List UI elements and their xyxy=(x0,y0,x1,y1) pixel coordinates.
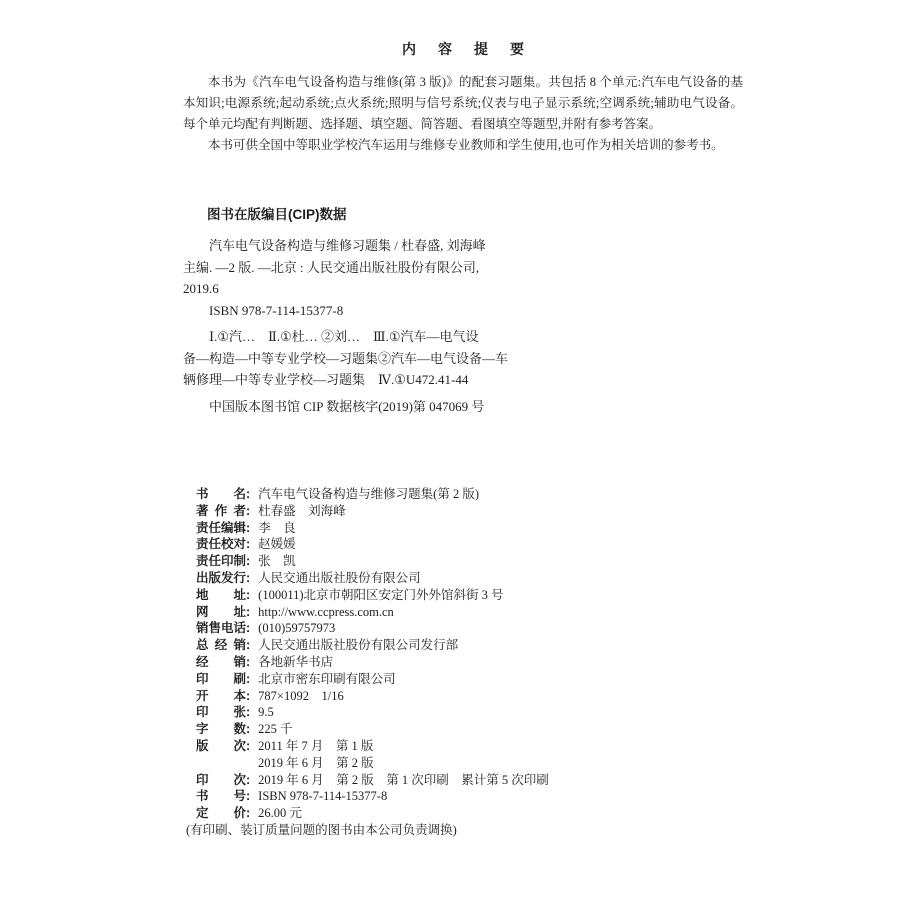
colophon-section: 书名:汽车电气设备构造与维修习题集(第 2 版) 著作者:杜春盛 刘海峰 责任编… xyxy=(183,486,743,839)
colophon-separator: : xyxy=(246,571,250,585)
colophon-value: 225 千 xyxy=(258,722,292,736)
colophon-label: 地址 xyxy=(196,587,246,604)
colophon-quality-note: (有印刷、装订质量问题的图书由本公司负责调换) xyxy=(186,822,743,839)
colophon-value: http://www.ccpress.com.cn xyxy=(258,605,394,619)
colophon-value: 2019 年 6 月 第 2 版 第 1 次印刷 累计第 5 次印刷 xyxy=(258,773,549,787)
colophon-row: 印次:2019 年 6 月 第 2 版 第 1 次印刷 累计第 5 次印刷 xyxy=(196,772,743,789)
colophon-separator: : xyxy=(246,605,250,619)
colophon-row: 定价:26.00 元 xyxy=(196,805,743,822)
colophon-row: 责任编辑:李 良 xyxy=(196,520,743,537)
colophon-separator: : xyxy=(246,521,250,535)
colophon-value: 李 良 xyxy=(258,521,296,535)
cip-section: 图书在版编目(CIP)数据 汽车电气设备构造与维修习题集 / 杜春盛, 刘海峰 … xyxy=(183,205,743,417)
colophon-row: 责任印制:张 凯 xyxy=(196,553,743,570)
colophon-row: 地址:(100011)北京市朝阳区安定门外外馆斜街 3 号 xyxy=(196,587,743,604)
colophon-row: 经销:各地新华书店 xyxy=(196,654,743,671)
colophon-value: (010)59757973 xyxy=(258,621,335,635)
colophon-value: 北京市密东印刷有限公司 xyxy=(258,672,396,686)
colophon-separator: : xyxy=(246,739,250,753)
colophon-separator: : xyxy=(246,638,250,652)
cip-isbn: ISBN 978-7-114-15377-8 xyxy=(183,300,743,322)
colophon-row: 书名:汽车电气设备构造与维修习题集(第 2 版) xyxy=(196,486,743,503)
colophon-label: 版次 xyxy=(196,738,246,755)
cip-record-line: 2019.6 xyxy=(183,278,743,300)
colophon-label: 网址 xyxy=(196,604,246,621)
colophon-value: 2019 年 6 月 第 2 版 xyxy=(258,756,374,770)
colophon-label: 印次 xyxy=(196,772,246,789)
cip-classification-line: 备—构造—中等专业学校—习题集②汽车—电气设备—车 xyxy=(183,348,743,370)
colophon-label: 定价 xyxy=(196,805,246,822)
colophon-separator: : xyxy=(246,655,250,669)
colophon-row: 书号:ISBN 978-7-114-15377-8 xyxy=(196,788,743,805)
colophon-separator: : xyxy=(246,773,250,787)
colophon-label: 开本 xyxy=(196,688,246,705)
colophon-label: 出版发行 xyxy=(196,570,246,587)
summary-title: 内 容 提 要 xyxy=(183,40,743,58)
page-content: 内 容 提 要 本书为《汽车电气设备构造与维修(第 3 版)》的配套习题集。共包… xyxy=(183,0,743,839)
colophon-value: ISBN 978-7-114-15377-8 xyxy=(258,789,387,803)
colophon-value: 杜春盛 刘海峰 xyxy=(258,504,346,518)
colophon-label: 书名 xyxy=(196,486,246,503)
colophon-row: 销售电话:(010)59757973 xyxy=(196,620,743,637)
colophon-label: 著作者 xyxy=(196,503,246,520)
colophon-value: 汽车电气设备构造与维修习题集(第 2 版) xyxy=(258,487,479,501)
colophon-value: 赵媛媛 xyxy=(258,537,296,551)
colophon-row: 字数:225 千 xyxy=(196,721,743,738)
summary-paragraph: 本书为《汽车电气设备构造与维修(第 3 版)》的配套习题集。共包括 8 个单元:… xyxy=(183,72,743,135)
colophon-separator: : xyxy=(246,672,250,686)
colophon-row: 总经销:人民交通出版社股份有限公司发行部 xyxy=(196,637,743,654)
colophon-row: 版次:2011 年 7 月 第 1 版 xyxy=(196,738,743,755)
colophon-label: 销售电话 xyxy=(196,620,246,637)
colophon-value: 26.00 元 xyxy=(258,806,302,820)
colophon-label: 责任编辑 xyxy=(196,520,246,537)
colophon-value: 张 凯 xyxy=(258,554,296,568)
colophon-row: 责任校对:赵媛媛 xyxy=(196,536,743,553)
colophon-separator: : xyxy=(246,705,250,719)
colophon-separator: : xyxy=(246,487,250,501)
colophon-separator: : xyxy=(246,588,250,602)
cip-registry-number: 中国版本图书馆 CIP 数据核字(2019)第 047069 号 xyxy=(183,396,743,418)
colophon-row: 出版发行:人民交通出版社股份有限公司 xyxy=(196,570,743,587)
colophon-separator: : xyxy=(246,806,250,820)
colophon-value: 人民交通出版社股份有限公司 xyxy=(258,571,421,585)
colophon-row: 印刷:北京市密东印刷有限公司 xyxy=(196,671,743,688)
colophon-value: 各地新华书店 xyxy=(258,655,333,669)
colophon-separator: : xyxy=(246,537,250,551)
colophon-label: 书号 xyxy=(196,788,246,805)
colophon-label: 总经销 xyxy=(196,637,246,654)
colophon-separator: : xyxy=(246,504,250,518)
colophon-separator: : xyxy=(246,789,250,803)
colophon-row-continuation: 2019 年 6 月 第 2 版 xyxy=(196,755,743,772)
colophon-separator: : xyxy=(246,689,250,703)
colophon-value: 人民交通出版社股份有限公司发行部 xyxy=(258,638,458,652)
colophon-label: 印张 xyxy=(196,704,246,721)
cip-classification-line: 辆修理—中等专业学校—习题集 Ⅳ.①U472.41-44 xyxy=(183,369,743,391)
content-summary-section: 内 容 提 要 本书为《汽车电气设备构造与维修(第 3 版)》的配套习题集。共包… xyxy=(183,40,743,156)
colophon-separator: : xyxy=(246,554,250,568)
summary-paragraph: 本书可供全国中等职业学校汽车运用与维修专业教师和学生使用,也可作为相关培训的参考… xyxy=(183,135,743,156)
colophon-value: (100011)北京市朝阳区安定门外外馆斜街 3 号 xyxy=(258,588,503,602)
colophon-label: 字数 xyxy=(196,721,246,738)
cip-record-line: 汽车电气设备构造与维修习题集 / 杜春盛, 刘海峰 xyxy=(183,235,743,257)
colophon-row: 网址:http://www.ccpress.com.cn xyxy=(196,604,743,621)
colophon-row: 开本:787×1092 1/16 xyxy=(196,688,743,705)
book-copyright-page: 内 容 提 要 本书为《汽车电气设备构造与维修(第 3 版)》的配套习题集。共包… xyxy=(0,0,900,900)
colophon-label: 经销 xyxy=(196,654,246,671)
colophon-separator: : xyxy=(246,621,250,635)
cip-classification-line: Ⅰ.①汽… Ⅱ.①杜… ②刘… Ⅲ.①汽车—电气设 xyxy=(183,326,743,348)
colophon-value: 787×1092 1/16 xyxy=(258,689,344,703)
cip-heading: 图书在版编目(CIP)数据 xyxy=(207,205,743,225)
colophon-label: 责任校对 xyxy=(196,536,246,553)
colophon-label: 责任印制 xyxy=(196,553,246,570)
colophon-value: 9.5 xyxy=(258,705,274,719)
colophon-value: 2011 年 7 月 第 1 版 xyxy=(258,739,373,753)
colophon-row: 印张:9.5 xyxy=(196,704,743,721)
colophon-row: 著作者:杜春盛 刘海峰 xyxy=(196,503,743,520)
cip-record-line: 主编. —2 版. —北京 : 人民交通出版社股份有限公司, xyxy=(183,257,743,279)
colophon-separator: : xyxy=(246,722,250,736)
colophon-label: 印刷 xyxy=(196,671,246,688)
